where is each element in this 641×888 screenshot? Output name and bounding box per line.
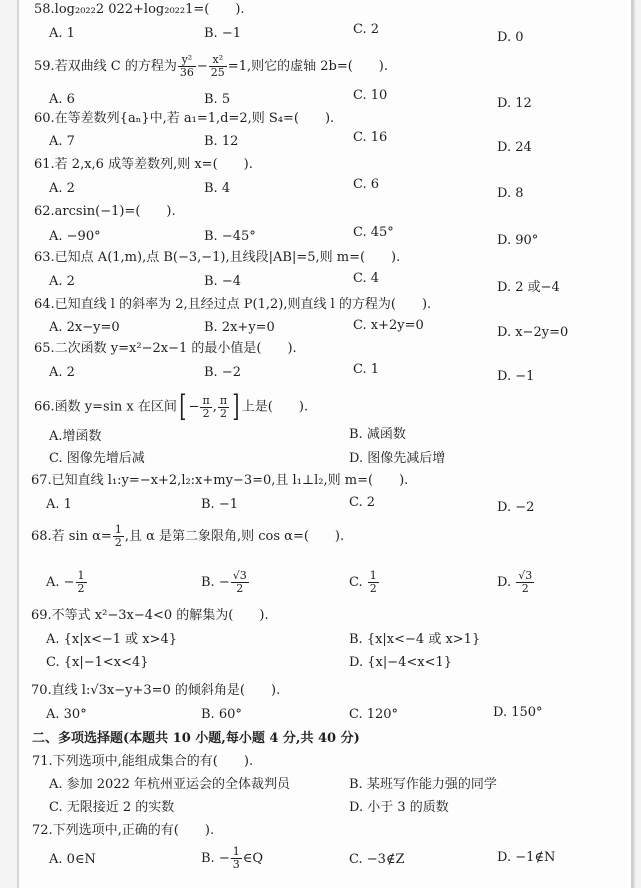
- q70-option-b: B. 60°: [201, 707, 242, 723]
- q67-option-b: B. −1: [201, 497, 238, 513]
- q71-option-a: A. 参加 2022 年杭州亚运会的全体裁判员: [49, 777, 290, 793]
- q69-option-a: A. {x|x<−1 或 x>4}: [46, 632, 177, 648]
- q66-option-a: A.增函数: [49, 429, 102, 445]
- q59-stem-prefix: 59.若双曲线 C 的方程为: [34, 59, 177, 74]
- q67-option-a: A. 1: [46, 497, 72, 513]
- q71-option-b: B. 某班写作能力强的同学: [349, 777, 497, 793]
- q72-option-a: A. 0∈N: [49, 852, 96, 868]
- question-60-stem: 60.在等差数列{aₙ}中,若 a₁=1,d=2,则 S₄=( ).: [34, 111, 334, 127]
- q62-option-c: C. 45°: [353, 225, 394, 241]
- q59-option-c: C. 10: [353, 88, 387, 104]
- q66-option-d: D. 图像先减后增: [349, 451, 445, 467]
- q58-option-b: B. −1: [204, 26, 241, 42]
- q68-stem-prefix: 68.若 sin α=: [31, 529, 112, 544]
- q68-option-a: A. −12: [46, 570, 88, 595]
- q65-option-d: D. −1: [497, 369, 534, 385]
- q70-option-c: C. 120°: [349, 707, 398, 723]
- q62-option-a: A. −90°: [49, 229, 101, 245]
- question-61-stem: 61.若 2,x,6 成等差数列,则 x=( ).: [34, 157, 253, 173]
- question-63-stem: 63.已知点 A(1,m),点 B(−3,−1),且线段|AB|=5,则 m=(…: [34, 250, 400, 266]
- q72-option-d: D. −1∉N: [497, 850, 555, 866]
- q60-option-a: A. 7: [49, 134, 75, 150]
- question-66-stem: 66.函数 y=sin x 在区间[−π2,π2]上是( ).: [34, 392, 308, 423]
- exam-page: 58.log₂₀₂₂2 022+log₂₀₂₂1=( ). A. 1 B. −1…: [17, 0, 634, 888]
- q61-option-a: A. 2: [49, 181, 75, 197]
- fraction: x²25: [209, 54, 227, 79]
- q65-option-a: A. 2: [49, 365, 75, 381]
- section-title-multiple-choice: 二、多项选择题(本题共 10 小题,每小题 4 分,共 40 分): [32, 731, 360, 747]
- question-65-stem: 65.二次函数 y=x²−2x−1 的最小值是( ).: [34, 341, 297, 357]
- q72-option-c: C. −3∉Z: [349, 852, 405, 868]
- q59-option-a: A. 6: [49, 92, 75, 108]
- fraction: 12: [113, 524, 124, 549]
- q58-option-c: C. 2: [353, 22, 379, 38]
- q66-stem-prefix: 66.函数 y=sin x 在区间: [34, 400, 177, 415]
- q61-option-d: D. 8: [497, 186, 524, 202]
- q63-option-d: D. 2 或−4: [497, 280, 560, 296]
- q63-option-b: B. −4: [204, 274, 241, 290]
- q62-option-b: B. −45°: [204, 229, 256, 245]
- fraction: π2: [218, 395, 229, 420]
- q67-option-d: D. −2: [497, 500, 534, 516]
- q63-option-c: C. 4: [353, 271, 379, 287]
- q61-option-b: B. 4: [204, 181, 230, 197]
- q60-option-b: B. 12: [204, 134, 238, 150]
- q69-option-c: C. {x|−1<x<4}: [46, 655, 149, 671]
- q64-option-c: C. x+2y=0: [353, 318, 424, 334]
- question-64-stem: 64.已知直线 l 的斜率为 2,且经过点 P(1,2),则直线 l 的方程为(…: [34, 297, 431, 313]
- q61-option-c: C. 6: [353, 177, 379, 193]
- q70-option-d: D. 150°: [493, 705, 543, 721]
- q71-option-c: C. 无限接近 2 的实数: [49, 800, 174, 816]
- q59-stem-suffix: =1,则它的虚轴 2b=( ).: [228, 59, 388, 74]
- q64-option-a: A. 2x−y=0: [49, 320, 120, 336]
- question-70-stem: 70.直线 l:√3x−y+3=0 的倾斜角是( ).: [31, 683, 280, 699]
- q67-option-c: C. 2: [349, 495, 375, 511]
- q59-option-b: B. 5: [204, 92, 230, 108]
- q68-option-b: B. −√32: [201, 570, 250, 595]
- q64-option-b: B. 2x+y=0: [204, 320, 275, 336]
- q72-option-b: B. −13∈Q: [201, 846, 263, 871]
- q60-option-c: C. 16: [353, 130, 387, 146]
- question-68-stem: 68.若 sin α=12,且 α 是第二象限角,则 cos α=( ).: [31, 524, 344, 549]
- question-71-stem: 71.下列选项中,能组成集合的有( ).: [32, 754, 253, 770]
- q68-stem-suffix: ,且 α 是第二象限角,则 cos α=( ).: [125, 529, 344, 544]
- q64-option-d: D. x−2y=0: [497, 325, 568, 341]
- q66-option-c: C. 图像先增后减: [49, 451, 145, 467]
- q69-option-b: B. {x|x<−4 或 x>1}: [349, 632, 480, 648]
- q71-option-d: D. 小于 3 的质数: [349, 800, 449, 816]
- q58-option-a: A. 1: [49, 26, 75, 42]
- q68-option-c: C. 12: [349, 570, 380, 595]
- question-67-stem: 67.已知直线 l₁:y=−x+2,l₂:x+my−3=0,且 l₁⊥l₂,则 …: [31, 473, 408, 489]
- q68-option-d: D. √32: [497, 570, 535, 595]
- q70-option-a: A. 30°: [46, 707, 87, 723]
- q59-option-d: D. 12: [497, 96, 532, 112]
- q66-option-b: B. 减函数: [349, 427, 406, 443]
- q65-option-c: C. 1: [353, 362, 379, 378]
- question-62-stem: 62.arcsin(−1)=( ).: [34, 204, 176, 220]
- question-59-stem: 59.若双曲线 C 的方程为y²36−x²25=1,则它的虚轴 2b=( ).: [34, 54, 388, 79]
- question-69-stem: 69.不等式 x²−3x−4<0 的解集为( ).: [31, 608, 269, 624]
- question-72-stem: 72.下列选项中,正确的有( ).: [32, 823, 214, 839]
- fraction: π2: [200, 395, 211, 420]
- q58-option-d: D. 0: [497, 30, 524, 46]
- q63-option-a: A. 2: [49, 274, 75, 290]
- question-58-stem: 58.log₂₀₂₂2 022+log₂₀₂₂1=( ).: [34, 2, 245, 18]
- q60-option-d: D. 24: [497, 140, 532, 156]
- q62-option-d: D. 90°: [497, 233, 538, 249]
- q66-stem-suffix: 上是( ).: [242, 400, 308, 415]
- fraction: y²36: [178, 54, 196, 79]
- q69-option-d: D. {x|−4<x<1}: [349, 655, 452, 671]
- q65-option-b: B. −2: [204, 365, 241, 381]
